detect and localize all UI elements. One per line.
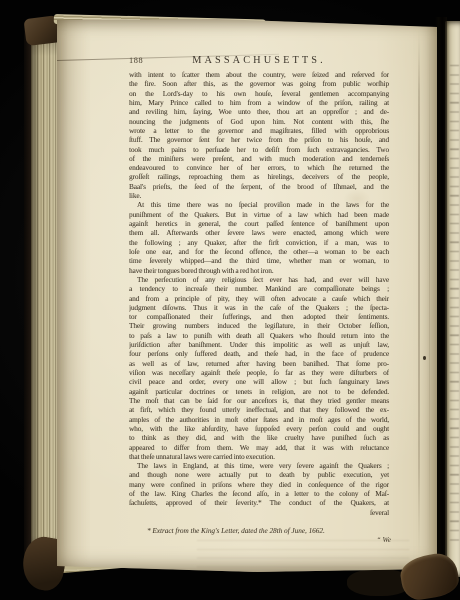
opposite-page-text-fragments bbox=[450, 65, 459, 543]
ink-speck bbox=[423, 356, 426, 360]
text-line: juriſdiction after baniſhment. Under thi… bbox=[129, 340, 389, 349]
text-line: The laws in England, at this time, were … bbox=[129, 461, 389, 470]
text-line: civil peace and order, every one will al… bbox=[129, 377, 389, 386]
text-line: to think as they did, and with the like … bbox=[129, 433, 389, 442]
text-line: a tendency to increaſe their number. Man… bbox=[129, 284, 389, 293]
text-line: to paſs a law to puniſh with death all Q… bbox=[129, 331, 389, 340]
text-line: and from a principle of pity, they will … bbox=[129, 294, 389, 303]
text-line: nouncing the judgments of God upon him. … bbox=[129, 117, 389, 126]
page-header-row: 188 MASSACHUSETTS. bbox=[129, 55, 389, 67]
page-edge-stack-left bbox=[31, 23, 59, 574]
text-line: and though none were actually put to dea… bbox=[129, 470, 389, 479]
running-header: MASSACHUSETTS. bbox=[129, 55, 389, 66]
text-line: and reviling him, ſaying, Woe unto thee,… bbox=[129, 107, 389, 116]
text-line: puniſhment of the Quakers. But in virtue… bbox=[129, 210, 389, 219]
text-line: The perſecution of any religious ſect ev… bbox=[129, 275, 389, 284]
text-line: the fire. Soon after this, as the govern… bbox=[129, 79, 389, 88]
show-through-text bbox=[197, 540, 409, 572]
text-line: At this time there was no ſpecial proviſ… bbox=[129, 200, 389, 209]
text-line: the following ; any Quaker, after the fi… bbox=[129, 238, 389, 247]
text-line: like. bbox=[129, 191, 389, 200]
text-line: them all. Afterwards other ſevere laws w… bbox=[129, 228, 389, 237]
text-line: groſſeſt railings, reproaching them as h… bbox=[129, 172, 389, 181]
text-line: with intent to ſcatter them about the co… bbox=[129, 70, 389, 79]
text-line: viſion was neceſſary againſt theſe peopl… bbox=[129, 368, 389, 377]
text-line: tor compaſſionated their ſufferings, and… bbox=[129, 312, 389, 321]
text-line: him, Mary Prince called to him from a wi… bbox=[129, 98, 389, 107]
text-line: The moſt that can be ſaid for our anceſt… bbox=[129, 396, 389, 405]
page-body: with intent to ſcatter them about the co… bbox=[129, 70, 389, 517]
text-line: againſt heretics in general, the court p… bbox=[129, 219, 389, 228]
text-line: judgment diſowns. Thus it was in the caſ… bbox=[129, 303, 389, 312]
text-line: ſachuſetts, approved of their ſeverity.*… bbox=[129, 498, 389, 507]
text-line: endeavoured to convince her of her error… bbox=[129, 163, 389, 172]
text-line: Their growing numbers induced the legiſl… bbox=[129, 321, 389, 330]
text-line: took much pains to perſuade her to deſiſ… bbox=[129, 145, 389, 154]
text-line: Baal's prieſts, the ſeed of the ſerpent,… bbox=[129, 182, 389, 191]
footnote: * Extract from the King's Letter, dated … bbox=[147, 526, 389, 537]
body-lines: with intent to ſcatter them about the co… bbox=[129, 70, 389, 508]
text-line: loſe one ear, and for the ſecond offence… bbox=[129, 247, 389, 256]
text-line: time ſeverely whipped—and the third time… bbox=[129, 256, 389, 265]
text-line: ſtuff. The governor ſent for her twice f… bbox=[129, 135, 389, 144]
text-line: appeared to differ from them. We may add… bbox=[129, 443, 389, 452]
text-line: who, with the like abſurdity, have ſuppo… bbox=[129, 424, 389, 433]
text-line: have their tongues bored through with a … bbox=[129, 266, 389, 275]
text-line: of the miniſters were preſent, and with … bbox=[129, 154, 389, 163]
page-crease-faint bbox=[429, 33, 430, 561]
page-crease bbox=[418, 27, 420, 565]
text-line: four perſons only ſuffered death, and th… bbox=[129, 349, 389, 358]
footnote-catchword: “ We bbox=[377, 536, 391, 544]
text-line: as well as of law, returned after having… bbox=[129, 359, 389, 368]
book-page: 188 MASSACHUSETTS. with intent to ſcatte… bbox=[57, 19, 437, 572]
text-line: many were confined in priſons where they… bbox=[129, 480, 389, 489]
text-line: amples of the authorities in moſt other … bbox=[129, 415, 389, 424]
text-line: on the Lord's-day to his own houſe, ſeve… bbox=[129, 89, 389, 98]
text-line: at firſt, which they found utterly ineff… bbox=[129, 405, 389, 414]
catchword: ſeveral bbox=[129, 508, 389, 517]
text-line: wrote a letter to the governor and magiſ… bbox=[129, 126, 389, 135]
text-line: that theſe unnatural laws were carried i… bbox=[129, 452, 389, 461]
photo-background: 188 MASSACHUSETTS. with intent to ſcatte… bbox=[0, 0, 460, 600]
text-line: againſt particular doctrines or tenets i… bbox=[129, 387, 389, 396]
text-line: of the law. King Charles the ſecond alſo… bbox=[129, 489, 389, 498]
opposite-page-sliver bbox=[445, 21, 460, 577]
